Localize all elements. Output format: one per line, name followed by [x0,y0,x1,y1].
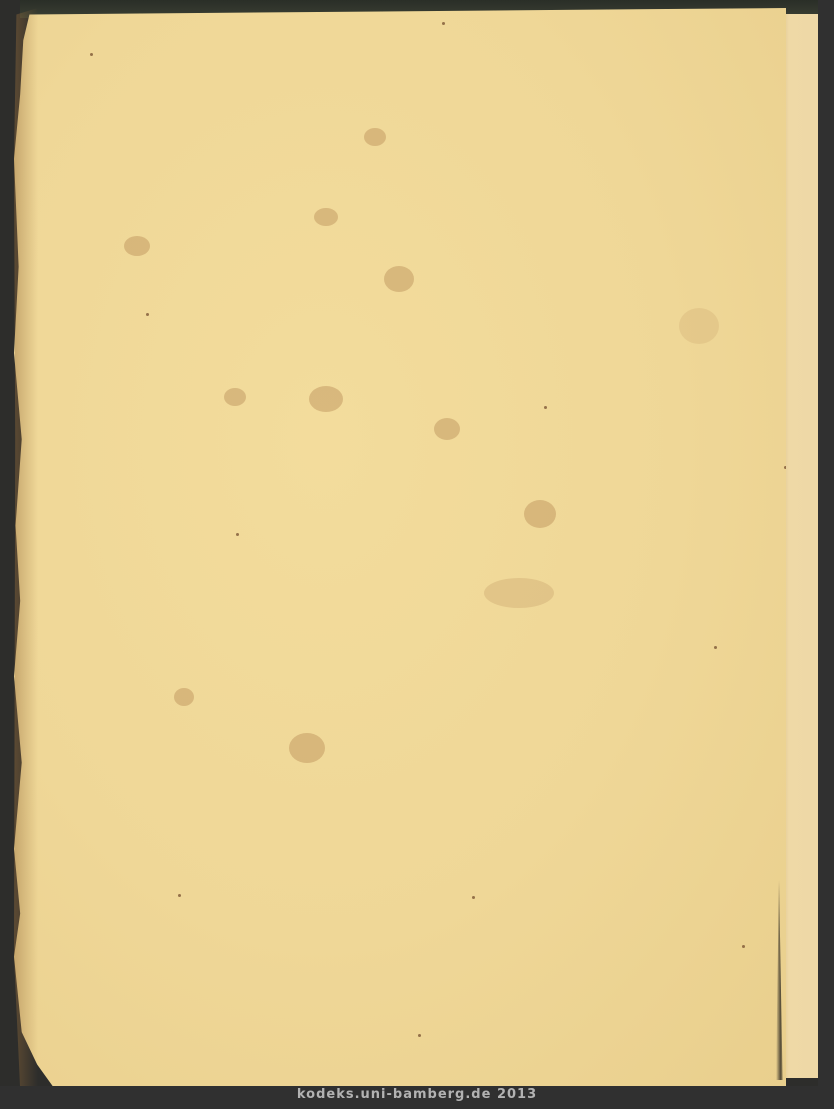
speck [146,313,149,316]
foxing-stain [524,500,556,528]
foxing-stain [384,266,414,292]
speck [544,406,547,409]
foxing-stain [364,128,386,146]
speck [742,945,745,948]
speck [442,22,445,25]
page-edge-shadow [14,8,38,1086]
speck [178,894,181,897]
foxing-stain [309,386,343,412]
scan-margin-right [818,0,834,1109]
watermark: kodeks.uni-bamberg.de 2013 [0,1087,834,1102]
foxing-stain [679,308,719,344]
speck [472,896,475,899]
foxing-stain [434,418,460,440]
speck [714,646,717,649]
foxing-stain [314,208,338,226]
foxing-stain [174,688,194,706]
foxing-stain [224,388,246,406]
foxing-stain [484,578,554,608]
speck [236,533,239,536]
speck [90,53,93,56]
foxing-stain [124,236,150,256]
foxing-stain [289,733,325,763]
speck [418,1034,421,1037]
blank-page [14,8,786,1086]
